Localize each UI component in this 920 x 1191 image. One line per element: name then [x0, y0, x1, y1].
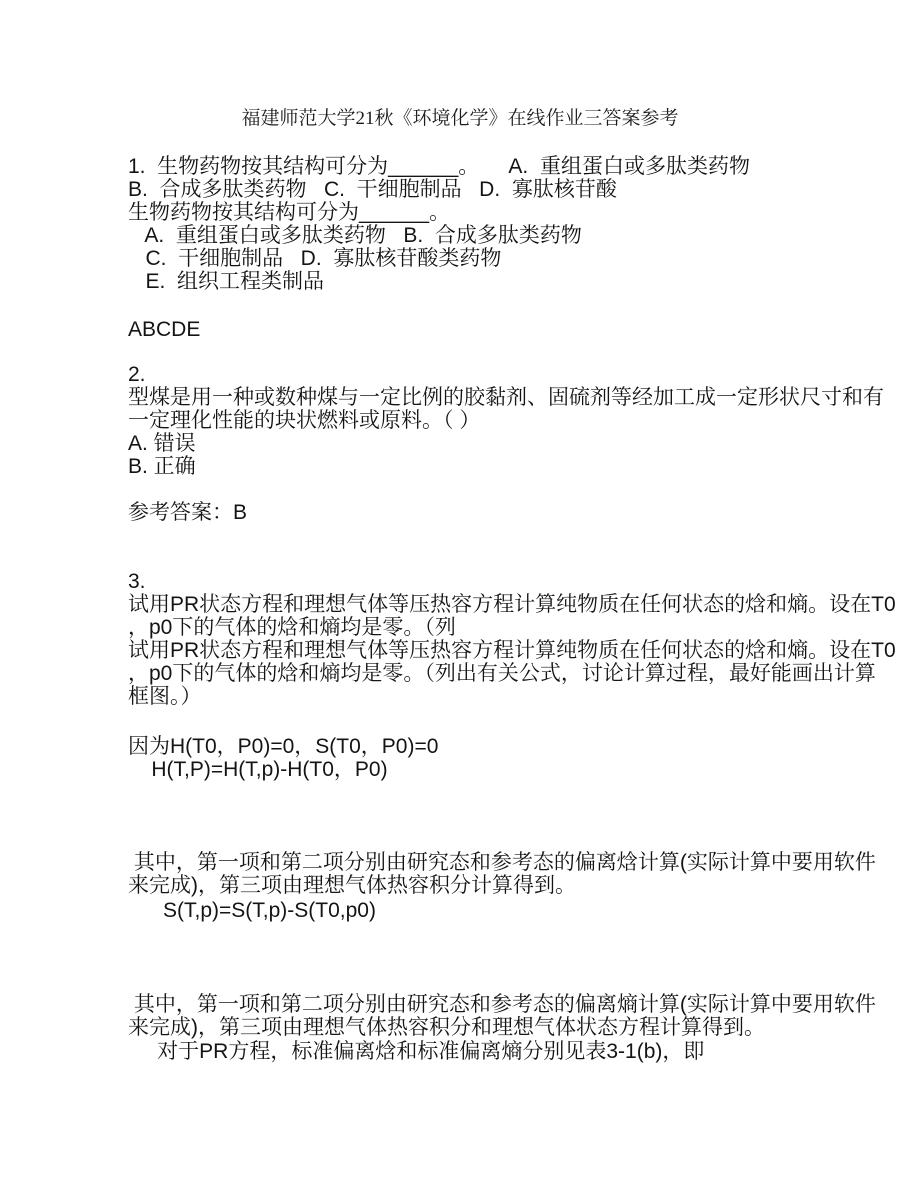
q3-enthalpy-para-line-1: 其中，第一项和第二项分别由研究态和参考态的偏离焓计算(实际计算中要用软件 [128, 851, 876, 874]
q2-number: 2. [128, 363, 146, 386]
q3-prompt-line-2: ，p0下的气体的焓和熵均是零。（列 [128, 616, 456, 639]
q3-repeat-prompt-line-2: ，p0下的气体的焓和熵均是零。（列出有关公式，讨论计算过程，最好能画出计算 [128, 662, 876, 685]
q2-option-b: B. 正确 [128, 455, 196, 478]
q1-prompt-line-2: B. 合成多肽类药物 C. 干细胞制品 D. 寡肽核苷酸 [128, 178, 617, 201]
q1-options-line-1: A. 重组蛋白或多肽类药物 B. 合成多肽类药物 [128, 224, 582, 247]
q1-options-line-2: C. 干细胞制品 D. 寡肽核苷酸类药物 [128, 247, 501, 270]
q3-formula-s: S(T,p)=S(T,p)-S(T0,p0) [128, 899, 376, 922]
q3-prompt-line-1: 试用PR状态方程和理想气体等压热容方程计算纯物质在任何状态的焓和熵。设在T0 [128, 593, 896, 616]
q3-repeat-prompt-line-1: 试用PR状态方程和理想气体等压热容方程计算纯物质在任何状态的焓和熵。设在T0 [128, 639, 896, 662]
document-page: 福建师范大学21秋《环境化学》在线作业三答案参考 1. 生物药物按其结构可分为_… [0, 0, 920, 1191]
q2-option-a: A. 错误 [128, 432, 196, 455]
q1-answer: ABCDE [128, 318, 200, 341]
q3-repeat-prompt-line-3: 框图。） [128, 685, 202, 708]
q3-entropy-para-line-3: 对于PR方程，标准偏离焓和标准偏离熵分别见表3-1(b)，即 [128, 1040, 704, 1063]
q3-entropy-para-line-1: 其中，第一项和第二项分别由研究态和参考态的偏离熵计算(实际计算中要用软件 [128, 993, 876, 1016]
q3-entropy-para-line-2: 来完成)，第三项由理想气体热容积分和理想气体状态方程计算得到。 [128, 1016, 765, 1039]
q1-prompt-line-1: 1. 生物药物按其结构可分为______。 A. 重组蛋白或多肽类药物 [128, 155, 750, 178]
q2-prompt-line-1: 型煤是用一种或数种煤与一定比例的胶黏剂、固硫剂等经加工成一定形状尺寸和有 [128, 386, 884, 409]
q2-prompt-line-2: 一定理化性能的块状燃料或原料。（ ） [128, 409, 480, 432]
q1-options-line-3: E. 组织工程类制品 [128, 270, 324, 293]
q3-formula-h-zero: 因为H(T0，P0)=0，S(T0，P0)=0 [128, 735, 438, 758]
page-title: 福建师范大学21秋《环境化学》在线作业三答案参考 [0, 103, 920, 130]
q2-reference-answer: 参考答案：B [128, 501, 247, 524]
q1-repeat-prompt: 生物药物按其结构可分为______。 [128, 201, 450, 224]
q3-number: 3. [128, 570, 146, 593]
q3-enthalpy-para-line-2: 来完成)，第三项由理想气体热容积分计算得到。 [128, 874, 576, 897]
q3-formula-h: H(T,P)=H(T,p)-H(T0，P0) [128, 758, 388, 781]
